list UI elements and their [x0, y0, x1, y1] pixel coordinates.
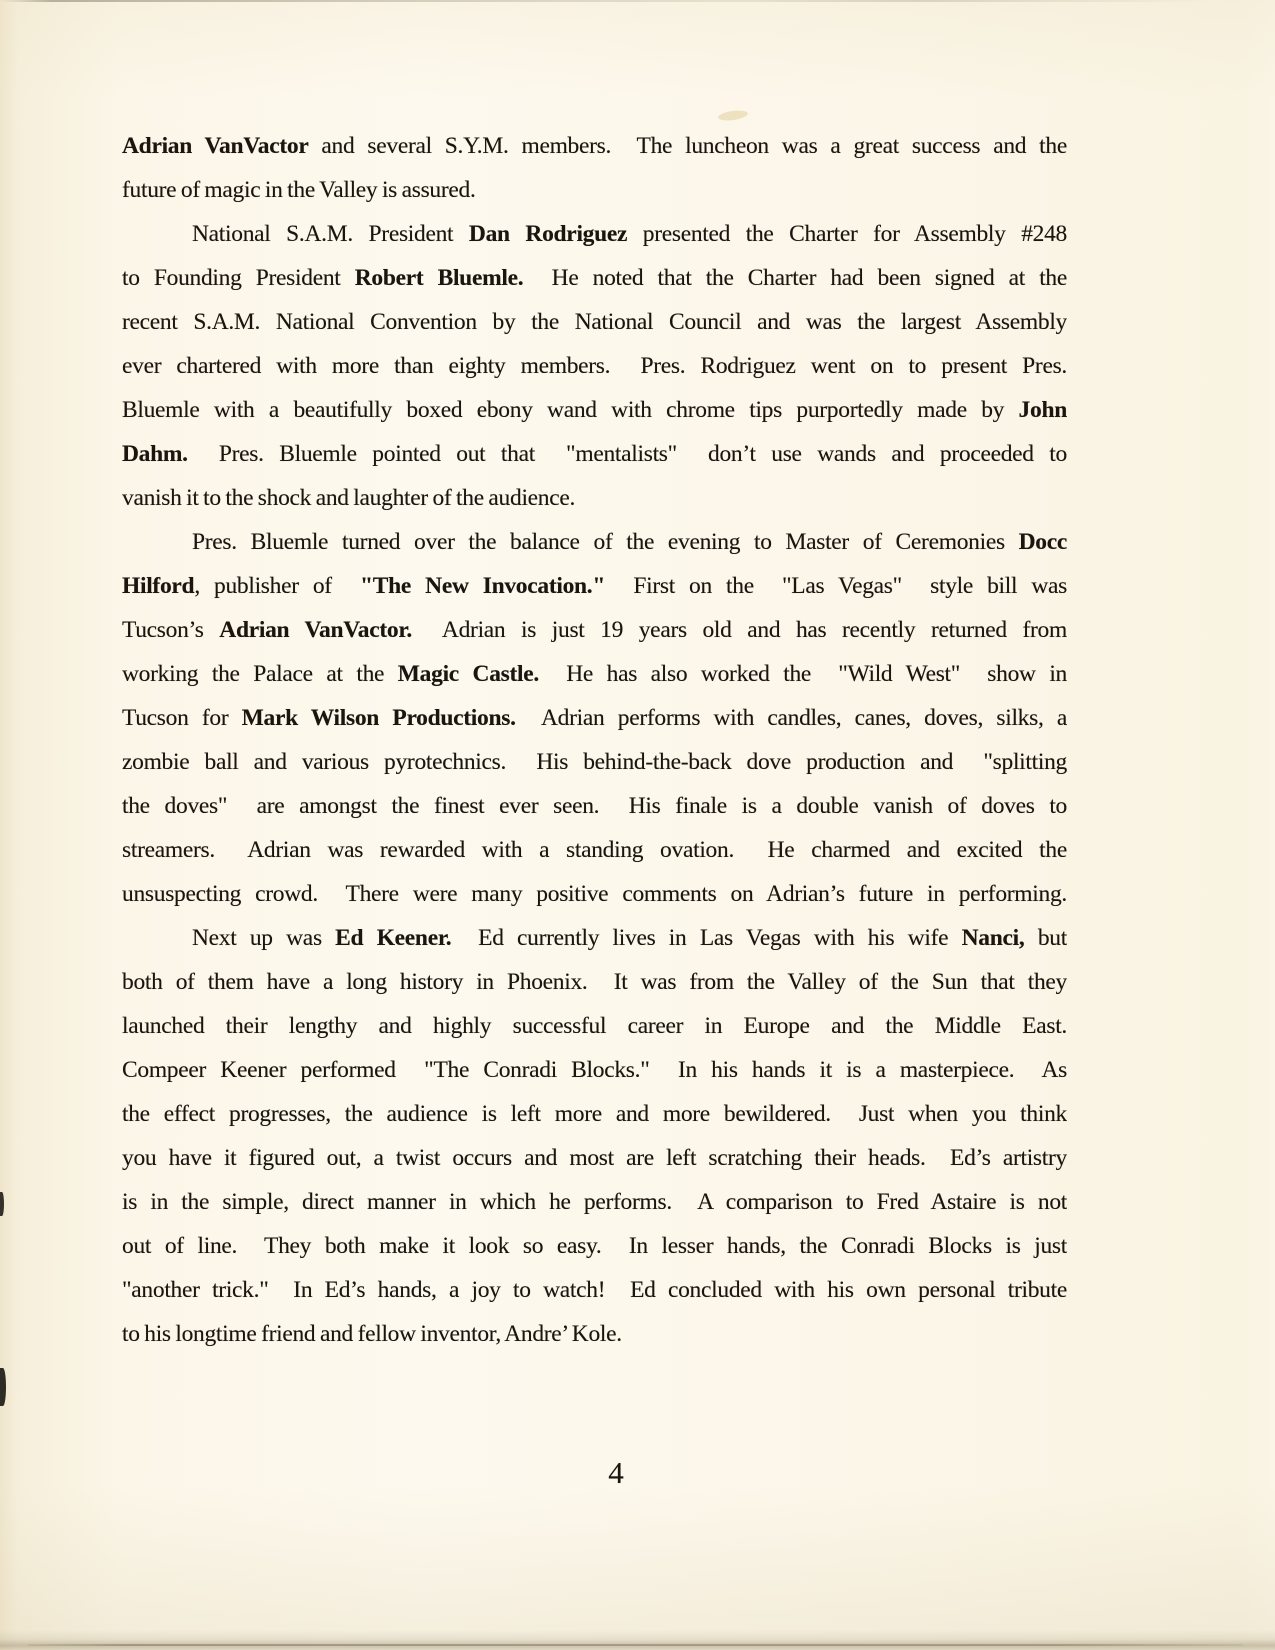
text-line: Hilford, publisher of "The New Invocatio…	[122, 564, 1067, 608]
text-segment: unsuspecting crowd. There were many posi…	[122, 881, 1067, 907]
text-line: Compeer Keener performed "The Conradi Bl…	[122, 1048, 1067, 1092]
text-segment: to his longtime friend and fellow invent…	[122, 1321, 622, 1347]
text-segment: the doves" are amongst the finest ever s…	[122, 793, 1067, 819]
scan-bottom-edge-line	[28, 1644, 1243, 1646]
bold-text-segment: Mark Wilson Productions.	[242, 705, 516, 731]
scan-left-edge-notch	[0, 1192, 4, 1216]
paper-smudge	[718, 109, 749, 122]
text-segment: is in the simple, direct manner in which…	[122, 1189, 1067, 1215]
text-line: working the Palace at the Magic Castle. …	[122, 652, 1067, 696]
text-segment: out of line. They both make it look so e…	[122, 1233, 1067, 1259]
text-segment: future of magic in the Valley is assured…	[122, 177, 476, 203]
text-line: Dahm. Pres. Bluemle pointed out that "me…	[122, 432, 1067, 476]
text-segment: Pres. Bluemle pointed out that "mentalis…	[188, 441, 1067, 467]
bold-text-segment: Hilford	[122, 573, 194, 599]
text-segment: Adrian performs with candles, canes, dov…	[516, 705, 1067, 731]
text-line: streamers. Adrian was rewarded with a st…	[122, 828, 1067, 872]
text-segment: you have it figured out, a twist occurs …	[122, 1145, 1067, 1171]
bold-text-segment: Adrian VanVactor.	[219, 617, 412, 643]
text-line: Next up was Ed Keener. Ed currently live…	[122, 916, 1067, 960]
text-line: ever chartered with more than eighty mem…	[122, 344, 1067, 388]
bold-text-segment: John	[1019, 397, 1067, 423]
bold-text-segment: "The New Invocation."	[360, 573, 605, 599]
text-segment: but	[1024, 925, 1067, 951]
text-line: National S.A.M. President Dan Rodriguez …	[122, 212, 1067, 256]
text-line: Pres. Bluemle turned over the balance of…	[122, 520, 1067, 564]
text-line: you have it figured out, a twist occurs …	[122, 1136, 1067, 1180]
text-line: Bluemle with a beautifully boxed ebony w…	[122, 388, 1067, 432]
text-segment: to Founding President	[122, 265, 355, 291]
text-segment: Adrian is just 19 years old and has rece…	[412, 617, 1067, 643]
text-line: out of line. They both make it look so e…	[122, 1224, 1067, 1268]
text-segment: First on the "Las Vegas" style bill was	[605, 573, 1067, 599]
text-segment: , publisher of	[194, 573, 360, 599]
text-line: launched their lengthy and highly succes…	[122, 1004, 1067, 1048]
text-line: Tucson for Mark Wilson Productions. Adri…	[122, 696, 1067, 740]
scanned-page: Adrian VanVactor and several S.Y.M. memb…	[0, 0, 1275, 1650]
bold-text-segment: Adrian VanVactor	[122, 133, 308, 159]
bold-text-segment: Dan Rodriguez	[469, 221, 627, 247]
text-segment: National S.A.M. President	[192, 221, 469, 247]
scan-top-edge-artifact	[0, 0, 1275, 2]
text-line: both of them have a long history in Phoe…	[122, 960, 1067, 1004]
text-line: vanish it to the shock and laughter of t…	[122, 476, 1067, 520]
text-segment: and several S.Y.M. members. The luncheon…	[308, 133, 1067, 159]
text-line: the effect progresses, the audience is l…	[122, 1092, 1067, 1136]
text-line: future of magic in the Valley is assured…	[122, 168, 1067, 212]
text-segment: presented the Charter for Assembly #248	[627, 221, 1067, 247]
text-segment: Pres. Bluemle turned over the balance of…	[192, 529, 1019, 555]
bold-text-segment: Docc	[1019, 529, 1067, 555]
text-segment: Tucson for	[122, 705, 242, 731]
text-line: Adrian VanVactor and several S.Y.M. memb…	[122, 124, 1067, 168]
bold-text-segment: Magic Castle.	[398, 661, 539, 687]
text-line: Tucson’s Adrian VanVactor. Adrian is jus…	[122, 608, 1067, 652]
text-segment: Tucson’s	[122, 617, 219, 643]
page-number: 4	[0, 1455, 1232, 1491]
text-segment: working the Palace at the	[122, 661, 398, 687]
bold-text-segment: Ed Keener.	[335, 925, 451, 951]
bold-text-segment: Nanci,	[962, 925, 1025, 951]
text-segment: Next up was	[192, 925, 335, 951]
text-line: to Founding President Robert Bluemle. He…	[122, 256, 1067, 300]
text-segment: streamers. Adrian was rewarded with a st…	[122, 837, 1067, 863]
text-segment: ever chartered with more than eighty mem…	[122, 353, 1067, 379]
scan-left-edge-notch	[0, 1368, 6, 1406]
text-segment: recent S.A.M. National Convention by the…	[122, 309, 1067, 335]
text-segment: zombie ball and various pyrotechnics. Hi…	[122, 749, 1067, 775]
bold-text-segment: Dahm.	[122, 441, 188, 467]
text-segment: Bluemle with a beautifully boxed ebony w…	[122, 397, 1019, 423]
text-line: unsuspecting crowd. There were many posi…	[122, 872, 1067, 916]
text-segment: He noted that the Charter had been signe…	[523, 265, 1067, 291]
text-line: recent S.A.M. National Convention by the…	[122, 300, 1067, 344]
text-segment: He has also worked the "Wild West" show …	[539, 661, 1067, 687]
page-text: Adrian VanVactor and several S.Y.M. memb…	[122, 124, 1067, 1356]
text-segment: both of them have a long history in Phoe…	[122, 969, 1067, 995]
text-line: zombie ball and various pyrotechnics. Hi…	[122, 740, 1067, 784]
text-line: the doves" are amongst the finest ever s…	[122, 784, 1067, 828]
text-segment: Ed currently lives in Las Vegas with his…	[451, 925, 961, 951]
text-line: "another trick." In Ed’s hands, a joy to…	[122, 1268, 1067, 1312]
text-line: is in the simple, direct manner in which…	[122, 1180, 1067, 1224]
text-segment: Compeer Keener performed "The Conradi Bl…	[122, 1057, 1067, 1083]
text-line: to his longtime friend and fellow invent…	[122, 1312, 1067, 1356]
text-segment: "another trick." In Ed’s hands, a joy to…	[122, 1277, 1067, 1303]
text-segment: vanish it to the shock and laughter of t…	[122, 485, 575, 511]
text-segment: launched their lengthy and highly succes…	[122, 1013, 1067, 1039]
text-segment: the effect progresses, the audience is l…	[122, 1101, 1067, 1127]
scan-bottom-edge-shadow	[0, 1630, 1275, 1650]
bold-text-segment: Robert Bluemle.	[355, 265, 524, 291]
